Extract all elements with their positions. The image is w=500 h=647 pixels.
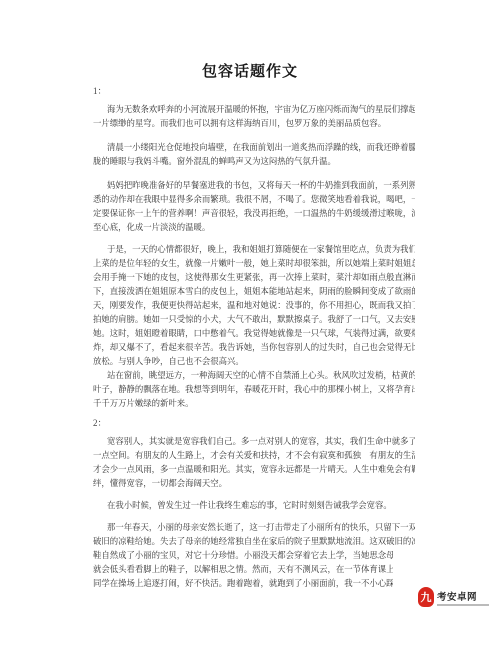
paragraph-line: 上菜的是位年轻的女生，就像一片嫩叶一般，她上菜时却很笨拙，所以她端上菜时姐姐总 xyxy=(93,256,415,270)
site-watermark: 九 考安卓网 xyxy=(418,584,498,610)
paragraph-line: 那一年春天，小丽的母亲安然长逝了，这一打击带走了小丽所有的快乐，只留下一双 xyxy=(107,520,415,534)
section-number: 1： xyxy=(93,84,107,97)
paragraph-line: 才会少一点风雨，多一点温暖和阳光。其实，宽容永远都是一片晴天。人生中难免会有羁 xyxy=(93,462,415,476)
paragraph-line: 至心底，化成一片淡淡的温暖。 xyxy=(93,220,415,234)
paragraph-line: 同学在操场上追逐打闹，好不快活。跑着跑着，就跑到了小丽面前，我一不小心踩到 xyxy=(93,576,393,590)
paragraph-line: 定要保证你一上午的营养啊！声音很轻，我没再拒绝，一口温热的牛奶缓缓滑过喉咙，流 xyxy=(93,206,415,220)
paragraph-line: 天，刚要发作，我便更快得站起来，温和地对她说：没事的，你不用担心，既而我又拍了 xyxy=(93,298,415,312)
paragraph-line: 胧的睡眼与我妈斗嘴。窗外混乱的蝉鸣声又为这闷热的气氛升温。 xyxy=(93,154,415,168)
paragraph-line: 绊，懂得宽容，一切都会海阔天空。 xyxy=(93,476,415,490)
paragraph-line: 下，直接泼洒在姐姐原本雪白的皮包上，姐姐本能地站起来，阴雨的脸瞬间变成了欲雨的 xyxy=(93,284,415,298)
paragraph-line: 叶子，静静的飘落在地。我想等到明年，春暖花开时，我心中的那棵小树上，又将孕育出 xyxy=(93,382,415,396)
paragraph-line: 海为无数条欢呼奔的小河流展开温暖的怀抱，宇宙为亿万座闪烁而淘气的星辰们撑起 xyxy=(107,102,415,116)
paragraph-line: 会用手掩一下她的皮包，这使得那女生更紧张，再一次捧上菜时，菜汁却如雨点般直淋而 xyxy=(93,270,415,284)
paragraph-line: 宽容别人，其实就是宽容我们自己。多一点对别人的宽容，其实，我们生命中就多了 xyxy=(107,434,415,448)
paragraph-line: 她。这时，姐姐瞪着眼睛，口中憋着气。我觉得她就像是一只气球，气装得过满，欲要爆 xyxy=(93,326,415,340)
paragraph-line: 悉的动作却在我眼中显得多余而繁琐。我很不屑，不喝了。您微笑地看着我说，喝吧，一 xyxy=(93,192,415,206)
paragraph-line: 在我小时候，曾发生过一件让我终生难忘的事，它时时刻刻告诫我学会宽容。 xyxy=(107,498,415,512)
document-title: 包容话题作文 xyxy=(0,60,500,81)
watermark-underline xyxy=(437,604,489,606)
paragraph-line: 拍她的肩膀。她如一只受惊的小犬，大气不敢出，默默擦桌子。我舒了一口气，又去安慰 xyxy=(93,312,415,326)
paragraph-line: 炸，却又爆不了，看起来很辛苦。我告诉她，当你包容别人的过失时，自己也会觉得无比 xyxy=(93,340,415,354)
paragraph-line: 放松。与别人争吵，自己也不会很高兴。 xyxy=(93,354,415,368)
paragraph-line: 破旧的凉鞋给她。失去了母亲的她经常独自坐在家后的院子里默默地流泪。这双破旧的凉 xyxy=(93,534,415,548)
section-number: 2： xyxy=(93,416,107,429)
paragraph-line: 于是，一天的心情都很好，晚上，我和姐姐打算随便在一家餐馆里吃点，负责为我们 xyxy=(107,242,415,256)
paragraph-line: 一点空间。有朋友的人生路上，才会有关爱和扶持，才不会有寂寞和孤独 有朋友的生活， xyxy=(93,448,415,462)
paragraph-line: 妈妈把昨晚准备好的早餐塞进我的书包，又将每天一杯的牛奶推到我面前，一系列熟 xyxy=(107,178,415,192)
watermark-text: 考安卓网 xyxy=(437,589,489,603)
paragraph-line: 清晨一小缕阳光仓促地投向墙壁，在我面前划出一道炙热而浮躁的线，而我还睁着朦 xyxy=(107,140,415,154)
watermark-logo-icon: 九 xyxy=(418,587,434,607)
paragraph-line: 鞋自然成了小丽的宝贝，对它十分珍惜。小丽没天都会穿着它去上学，当她思念母亲 xyxy=(93,548,393,562)
document-page: 包容话题作文 1： 海为无数条欢呼奔的小河流展开温暖的怀抱，宇宙为亿万座闪烁而淘… xyxy=(0,0,500,647)
paragraph-line: 千千万万片嫩绿的新叶来。 xyxy=(93,396,415,410)
paragraph-line: 就会低头看看脚上的鞋子，以解相思之情。然而，天有不测风云，在一节体育课上， xyxy=(93,562,393,576)
paragraph-line: 站在窗前，眺望远方，一种海阔天空的心情不自禁涌上心头。秋风吹过发梢，枯黄的 xyxy=(107,368,415,382)
paragraph-line: 一片缥缈的星穹。而我们也可以拥有这样海纳百川，包罗万象的美丽品质包容。 xyxy=(93,116,415,130)
